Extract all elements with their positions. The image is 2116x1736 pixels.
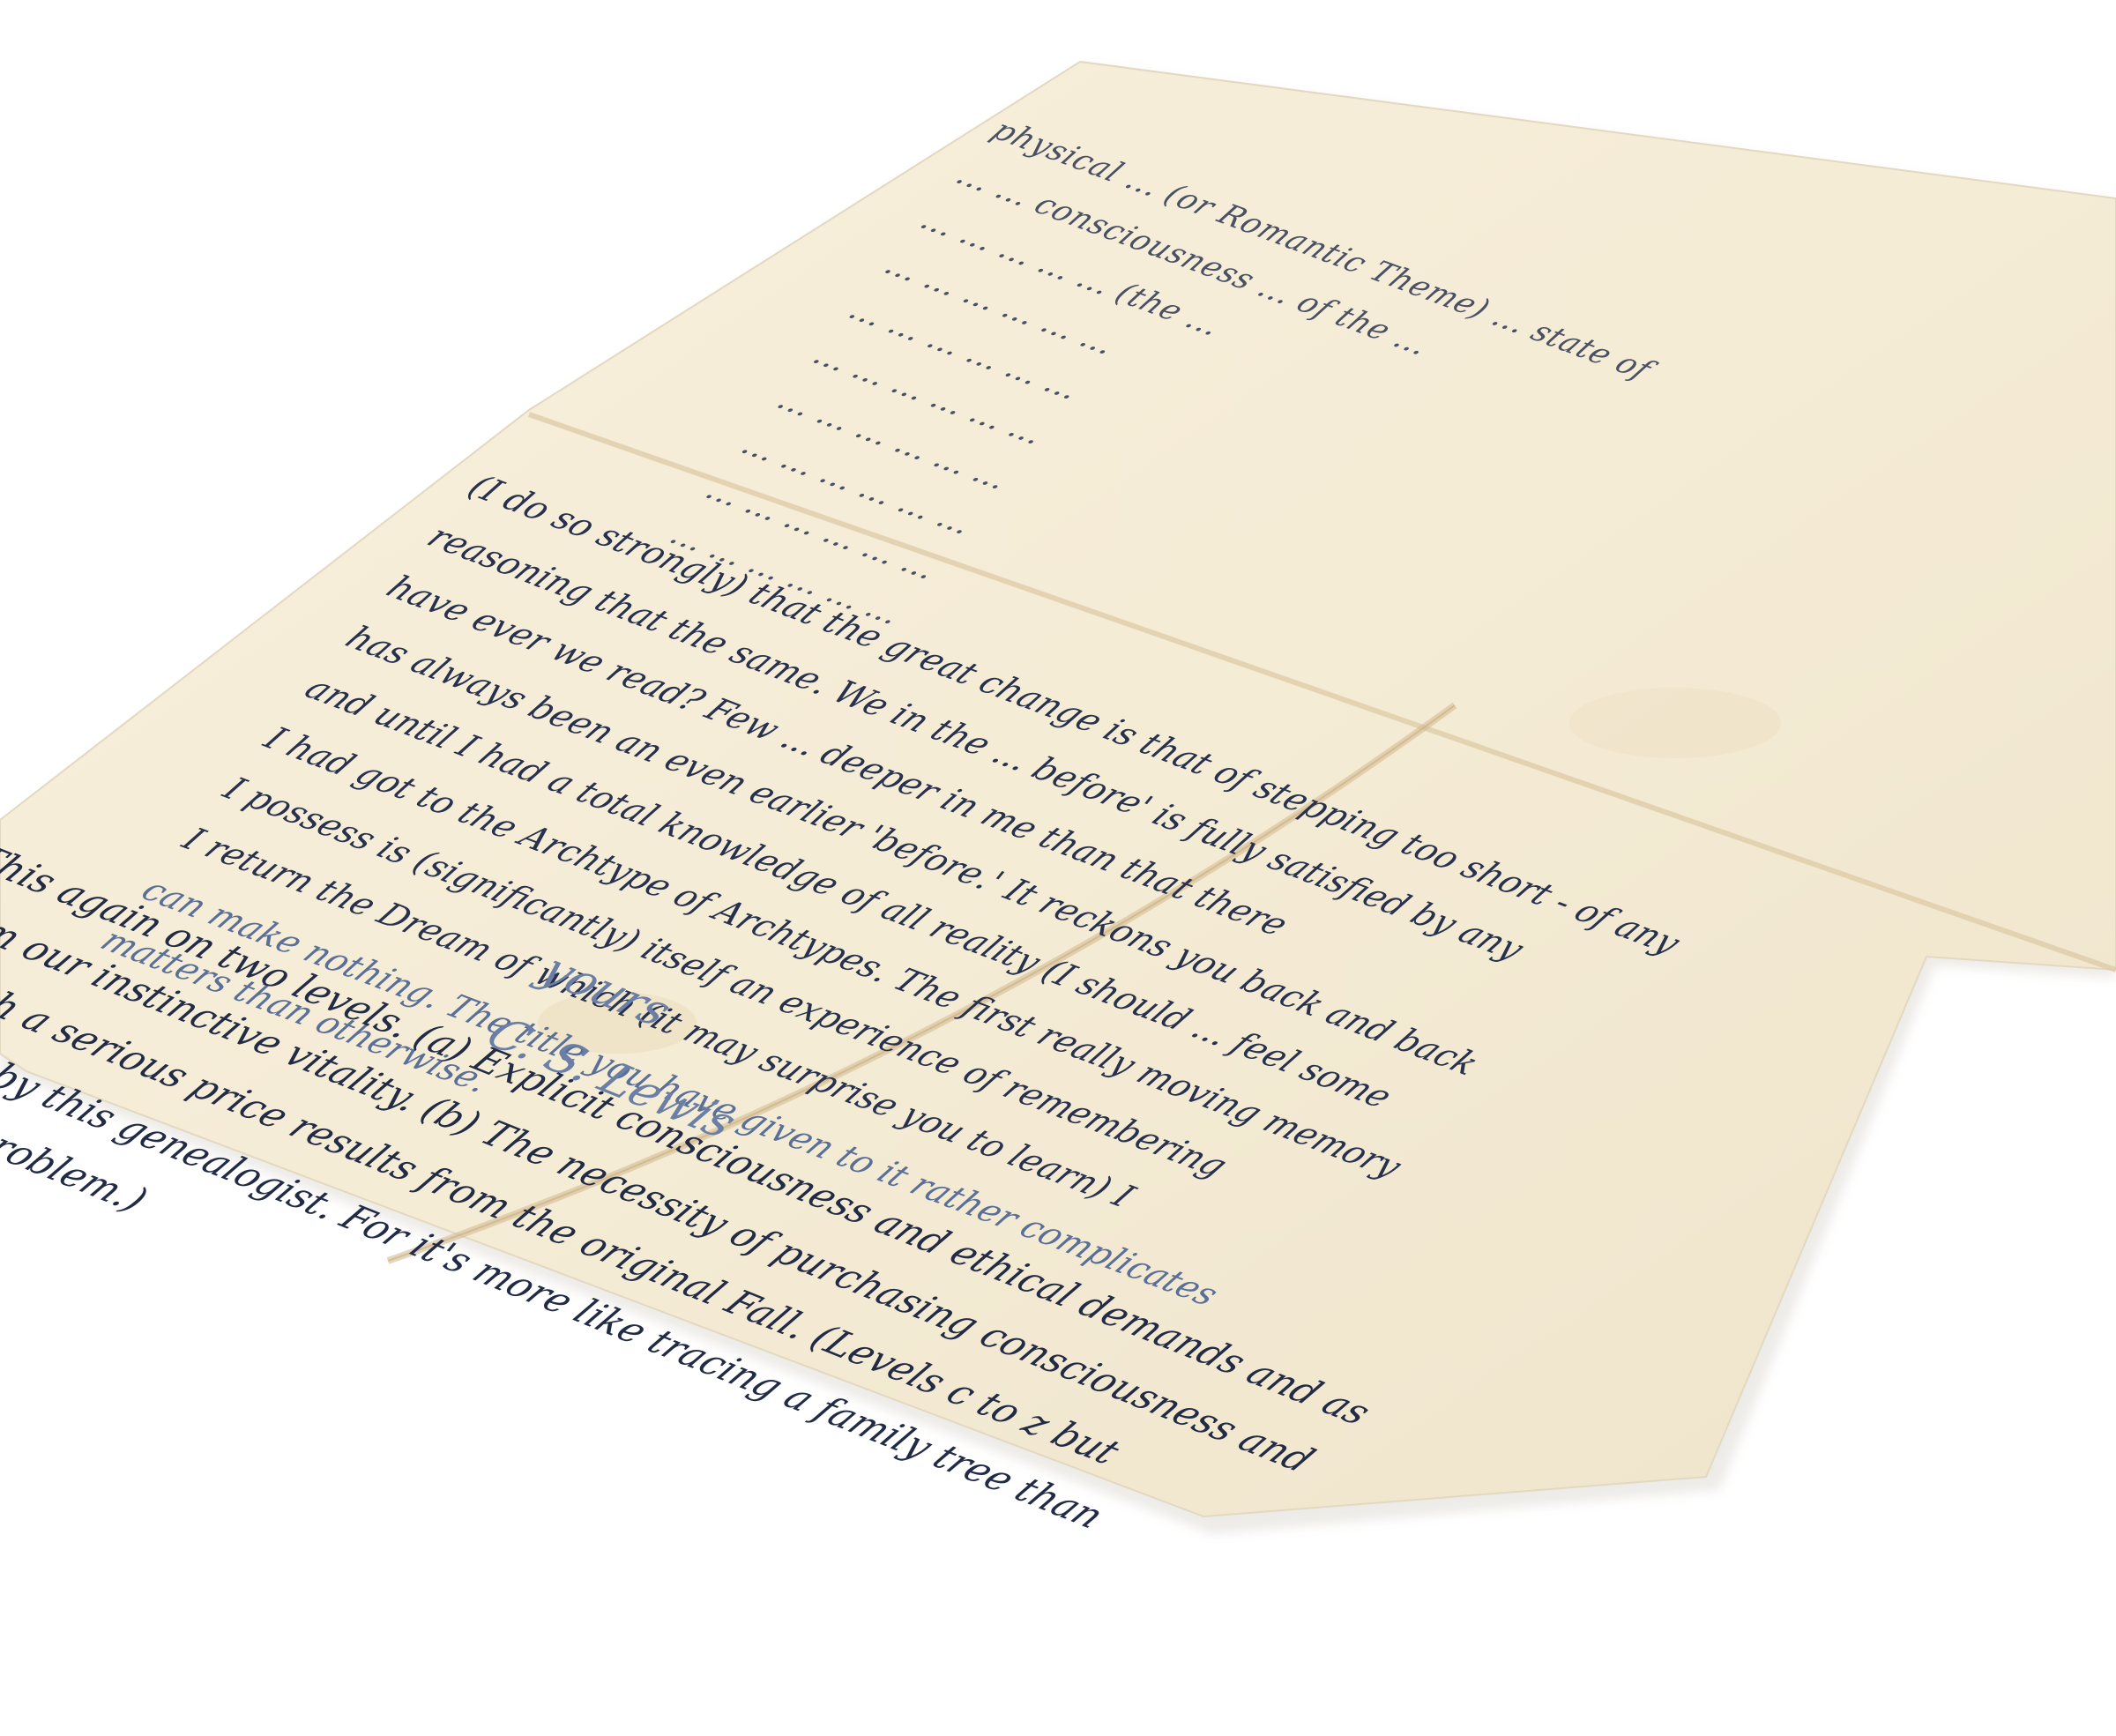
photo-scene: physical ... (or Romantic Theme) ... sta…: [0, 0, 2116, 1736]
letter-sheet: physical ... (or Romantic Theme) ... sta…: [0, 0, 2116, 1736]
